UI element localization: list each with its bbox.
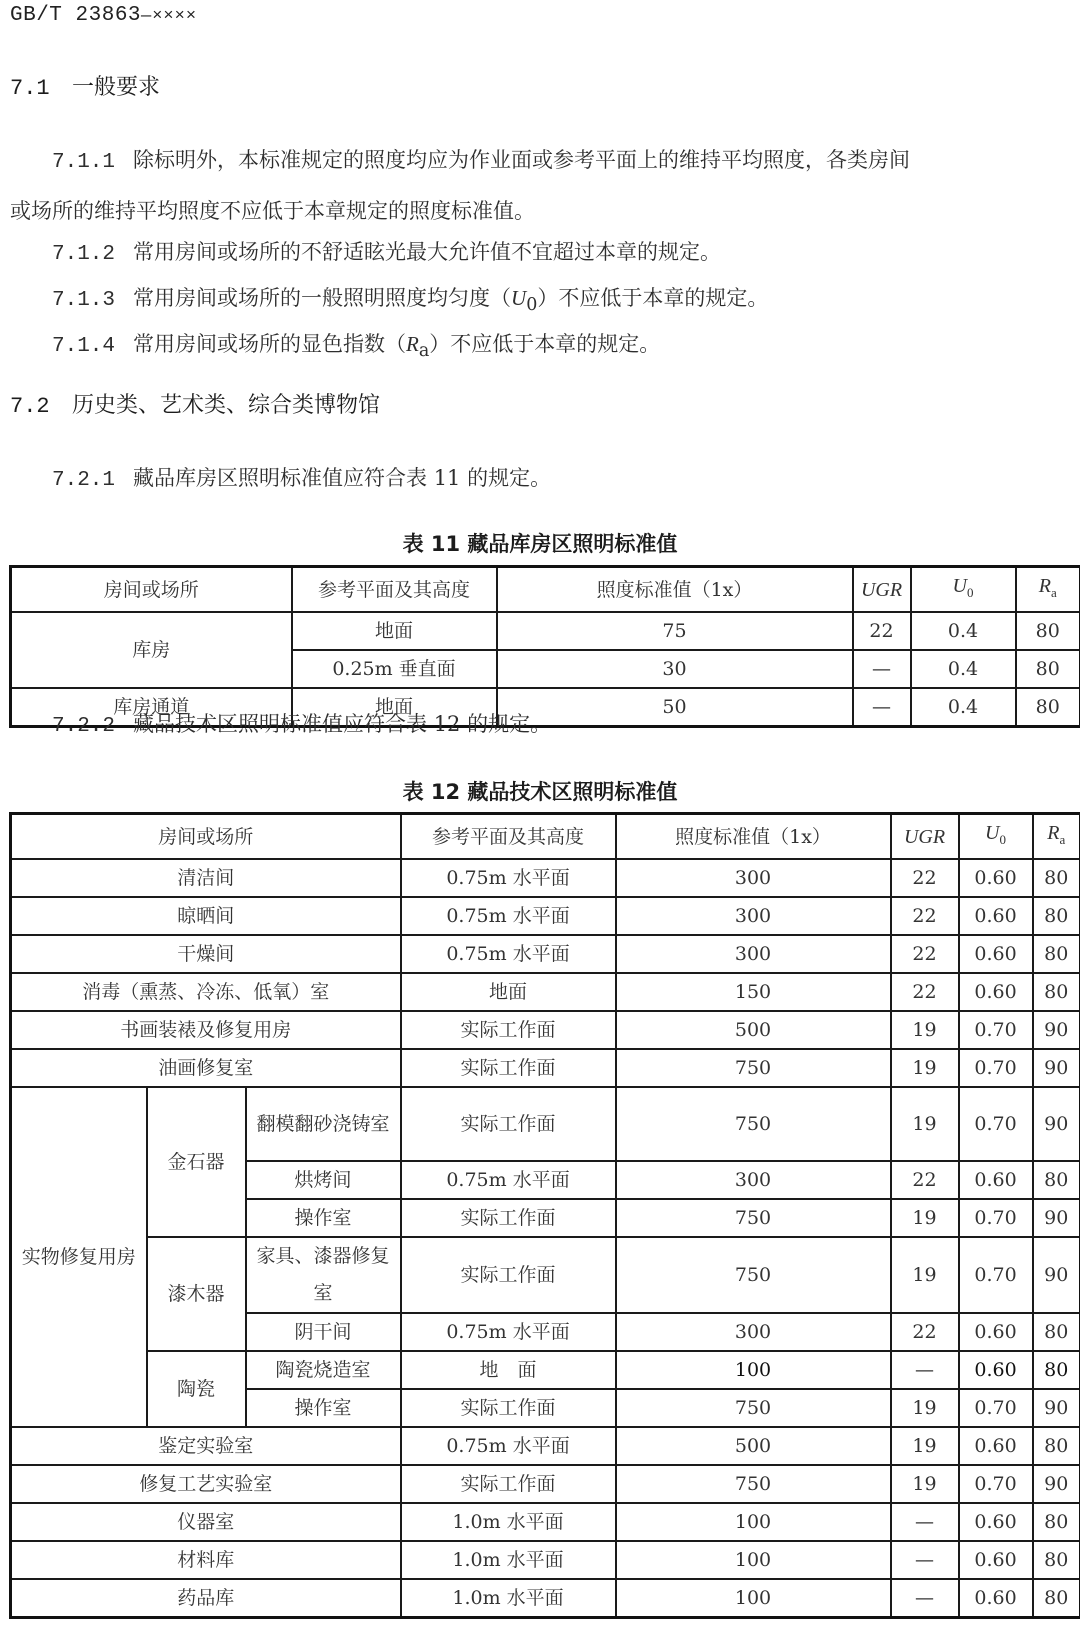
cell-plane: 0.75m 水平面 (401, 1313, 616, 1351)
clause-7-1-4: 7.1.4常用房间或场所的显色指数（Ra）不应低于本章的规定。 (10, 320, 1070, 375)
cell-place: 翻模翻砂浇铸室 (246, 1087, 401, 1161)
cell-plane: 实际工作面 (401, 1389, 616, 1427)
cell-ra: 90 (1033, 1465, 1080, 1503)
cell-u0: 0.60 (959, 1579, 1033, 1618)
table-12-caption: 表 12 藏品技术区照明标准值 (0, 776, 1080, 806)
table-row: 晾晒间 0.75m 水平面 300 22 0.60 80 (11, 897, 1080, 935)
cell-ugr: — (891, 1351, 959, 1389)
cell-ugr: — (891, 1579, 959, 1618)
cell-plane: 地面 (292, 612, 497, 650)
cell-ugr: 22 (853, 612, 911, 650)
cell-place: 修复工艺实验室 (11, 1465, 401, 1503)
cell-place: 晾晒间 (11, 897, 401, 935)
symbol-subscript: 0 (967, 585, 974, 600)
table-row: 消毒（熏蒸、冷冻、低氧）室 地面 150 22 0.60 80 (11, 973, 1080, 1011)
cell-subgroup: 陶瓷 (147, 1351, 246, 1427)
cell-place: 操作室 (246, 1389, 401, 1427)
cell-ra: 90 (1033, 1049, 1080, 1087)
cell-lux: 750 (616, 1199, 891, 1237)
cell-plane: 实际工作面 (401, 1199, 616, 1237)
cell-lux: 750 (616, 1049, 891, 1087)
cell-lux: 100 (616, 1541, 891, 1579)
cell-plane: 实际工作面 (401, 1237, 616, 1313)
cell-plane: 实际工作面 (401, 1465, 616, 1503)
cell-ra: 90 (1033, 1237, 1080, 1313)
section-number: 7.1 (10, 76, 72, 101)
table-row: 书画装裱及修复用房 实际工作面 500 19 0.70 90 (11, 1011, 1080, 1049)
cell-plane: 0.75m 水平面 (401, 935, 616, 973)
table-row: 干燥间 0.75m 水平面 300 22 0.60 80 (11, 935, 1080, 973)
table-header-row: 房间或场所 参考平面及其高度 照度标准值（1x） UGR U0 Ra (11, 814, 1080, 860)
col-header-plane: 参考平面及其高度 (292, 567, 497, 613)
cell-u0: 0.60 (959, 859, 1033, 897)
cell-ugr: 22 (891, 973, 959, 1011)
table-row: 陶瓷 陶瓷烧造室 地 面 100 — 0.60 80 (11, 1351, 1080, 1389)
cell-ugr: — (891, 1541, 959, 1579)
cell-ugr: 22 (891, 1313, 959, 1351)
cell-lux: 750 (616, 1237, 891, 1313)
cell-ra: 90 (1033, 1087, 1080, 1161)
cell-u0: 0.60 (959, 1161, 1033, 1199)
cell-plane: 0.25m 垂直面 (292, 650, 497, 688)
col-header-lux: 照度标准值（1x） (616, 814, 891, 860)
col-header-place: 房间或场所 (11, 814, 401, 860)
table-row: 油画修复室 实际工作面 750 19 0.70 90 (11, 1049, 1080, 1087)
symbol: U (953, 575, 967, 597)
cell-lux: 75 (497, 612, 853, 650)
symbol-subscript: a (1059, 832, 1065, 847)
table-row: 仪器室 1.0m 水平面 100 — 0.60 80 (11, 1503, 1080, 1541)
col-header-plane: 参考平面及其高度 (401, 814, 616, 860)
table-row: 清洁间 0.75m 水平面 300 22 0.60 80 (11, 859, 1080, 897)
cell-plane: 实际工作面 (401, 1049, 616, 1087)
table-row: 实物修复用房 金石器 翻模翻砂浇铸室 实际工作面 750 19 0.70 90 (11, 1087, 1080, 1161)
cell-place: 烘烤间 (246, 1161, 401, 1199)
cell-ra: 90 (1033, 1199, 1080, 1237)
col-header-lux: 照度标准值（1x） (497, 567, 853, 613)
cell-lux: 300 (616, 935, 891, 973)
cell-ugr: 22 (891, 1161, 959, 1199)
cell-u0: 0.70 (959, 1465, 1033, 1503)
standard-year-placeholder: —×××× (141, 7, 197, 26)
section-heading-7-1: 7.1一般要求 (10, 70, 160, 101)
cell-ugr: 22 (891, 897, 959, 935)
cell-u0: 0.60 (959, 897, 1033, 935)
symbol-subscript: 0 (526, 295, 537, 315)
cell-lux: 750 (616, 1465, 891, 1503)
cell-ugr: 19 (891, 1427, 959, 1465)
cell-lux: 100 (616, 1503, 891, 1541)
clause-7-1-2: 7.1.2常用房间或场所的不舒适眩光最大允许值不宜超过本章的规定。 (10, 228, 1070, 279)
col-header-ra: Ra (1033, 814, 1080, 860)
symbol-subscript: 0 (999, 832, 1006, 847)
cell-u0: 0.60 (959, 973, 1033, 1011)
cell-ra: 80 (1033, 1503, 1080, 1541)
clause-7-1-1: 7.1.1除标明外，本标准规定的照度均应为作业面或参考平面上的维持平均照度，各类… (10, 136, 1070, 235)
cell-u0: 0.60 (959, 935, 1033, 973)
cell-u0: 0.70 (959, 1087, 1033, 1161)
clause-text: 常用房间或场所的不舒适眩光最大允许值不宜超过本章的规定。 (133, 240, 721, 264)
cell-plane: 1.0m 水平面 (401, 1503, 616, 1541)
cell-lux: 300 (616, 859, 891, 897)
table-row: 库房 地面 75 22 0.4 80 (11, 612, 1080, 650)
cell-lux: 30 (497, 650, 853, 688)
cell-u0: 0.70 (959, 1199, 1033, 1237)
clause-number: 7.1.1 (52, 151, 115, 174)
cell-place: 药品库 (11, 1579, 401, 1618)
table-row: 药品库 1.0m 水平面 100 — 0.60 80 (11, 1579, 1080, 1618)
section-title: 历史类、艺术类、综合类博物馆 (72, 393, 380, 418)
cell-ra: 80 (1033, 897, 1080, 935)
cell-ra: 90 (1033, 1011, 1080, 1049)
cell-lux: 300 (616, 897, 891, 935)
cell-u0: 0.4 (911, 650, 1016, 688)
table-row: 漆木器 家具、漆器修复室 实际工作面 750 19 0.70 90 (11, 1237, 1080, 1313)
cell-ugr: 19 (891, 1465, 959, 1503)
cell-ugr: 19 (891, 1087, 959, 1161)
cell-lux: 500 (616, 1011, 891, 1049)
symbol: U (511, 286, 526, 310)
section-number: 7.2 (10, 394, 72, 419)
cell-place: 操作室 (246, 1199, 401, 1237)
cell-ra: 80 (1033, 973, 1080, 1011)
cell-u0: 0.60 (959, 1313, 1033, 1351)
col-header-ra: Ra (1016, 567, 1080, 613)
cell-u0: 0.70 (959, 1237, 1033, 1313)
clause-text: 常用房间或场所的显色指数（ (133, 332, 406, 356)
clause-text: 常用房间或场所的一般照明照度均匀度（ (133, 286, 511, 310)
cell-ra: 80 (1016, 650, 1080, 688)
cell-place: 阴干间 (246, 1313, 401, 1351)
cell-ugr: 22 (891, 859, 959, 897)
col-header-u0: U0 (959, 814, 1033, 860)
cell-plane: 实际工作面 (401, 1011, 616, 1049)
cell-ugr: — (853, 650, 911, 688)
symbol: R (1039, 575, 1051, 597)
cell-ugr: 19 (891, 1237, 959, 1313)
cell-place: 消毒（熏蒸、冷冻、低氧）室 (11, 973, 401, 1011)
cell-u0: 0.4 (911, 612, 1016, 650)
cell-ugr: 22 (891, 935, 959, 973)
table-row: 修复工艺实验室 实际工作面 750 19 0.70 90 (11, 1465, 1080, 1503)
cell-ra: 80 (1033, 1351, 1080, 1389)
symbol: R (406, 332, 419, 356)
cell-group: 实物修复用房 (11, 1087, 147, 1427)
cell-plane: 0.75m 水平面 (401, 859, 616, 897)
col-header-place: 房间或场所 (11, 567, 292, 613)
document-header: GB/T 23863—×××× (10, 4, 197, 27)
col-header-u0: U0 (911, 567, 1016, 613)
clause-number: 7.1.4 (52, 335, 115, 358)
symbol-subscript: a (1051, 585, 1057, 600)
cell-ugr: 19 (891, 1011, 959, 1049)
cell-plane: 0.75m 水平面 (401, 1161, 616, 1199)
clause-text-post: ）不应低于本章的规定。 (537, 286, 768, 310)
symbol: U (985, 822, 999, 844)
cell-lux: 300 (616, 1313, 891, 1351)
cell-u0: 0.70 (959, 1049, 1033, 1087)
clause-text: 除标明外，本标准规定的照度均应为作业面或参考平面上的维持平均照度，各类房间 (133, 148, 910, 172)
cell-plane: 0.75m 水平面 (401, 1427, 616, 1465)
clause-number: 7.2.1 (52, 469, 115, 492)
cell-ra: 80 (1016, 612, 1080, 650)
cell-subgroup: 漆木器 (147, 1237, 246, 1351)
cell-ugr: 19 (891, 1389, 959, 1427)
symbol: R (1047, 822, 1059, 844)
cell-lux: 300 (616, 1161, 891, 1199)
cell-place: 家具、漆器修复室 (246, 1237, 401, 1313)
cell-ra: 80 (1033, 1427, 1080, 1465)
cell-lux: 100 (616, 1351, 891, 1389)
cell-ugr: 19 (891, 1199, 959, 1237)
clause-number: 7.1.2 (52, 243, 115, 266)
cell-lux: 500 (616, 1427, 891, 1465)
section-title: 一般要求 (72, 75, 160, 100)
cell-u0: 0.70 (959, 1389, 1033, 1427)
cell-plane: 0.75m 水平面 (401, 897, 616, 935)
cell-plane: 实际工作面 (401, 1087, 616, 1161)
cell-place: 陶瓷烧造室 (246, 1351, 401, 1389)
clause-text-post: ）不应低于本章的规定。 (429, 332, 660, 356)
cell-ra: 80 (1033, 1579, 1080, 1618)
section-heading-7-2: 7.2历史类、艺术类、综合类博物馆 (10, 388, 380, 419)
cell-ra: 80 (1033, 1541, 1080, 1579)
clause-text: 藏品技术区照明标准值应符合表 12 的规定。 (133, 712, 551, 736)
cell-u0: 0.60 (959, 1541, 1033, 1579)
cell-lux: 100 (616, 1579, 891, 1618)
cell-u0: 0.70 (959, 1011, 1033, 1049)
clause-number: 7.2.2 (52, 715, 115, 738)
symbol-subscript: a (419, 341, 429, 361)
clause-text-cont: 或场所的维持平均照度不应低于本章规定的照度标准值。 (10, 199, 535, 223)
cell-ra: 80 (1033, 1313, 1080, 1351)
cell-place: 仪器室 (11, 1503, 401, 1541)
cell-ra: 80 (1033, 859, 1080, 897)
cell-place: 鉴定实验室 (11, 1427, 401, 1465)
table-header-row: 房间或场所 参考平面及其高度 照度标准值（1x） UGR U0 Ra (11, 567, 1080, 613)
cell-lux: 750 (616, 1087, 891, 1161)
cell-lux: 150 (616, 973, 891, 1011)
clause-7-2-1: 7.2.1藏品库房区照明标准值应符合表 11 的规定。 (10, 454, 1070, 505)
col-header-ugr: UGR (853, 567, 911, 613)
cell-place: 清洁间 (11, 859, 401, 897)
standard-number: GB/T 23863 (10, 4, 141, 27)
cell-place: 书画装裱及修复用房 (11, 1011, 401, 1049)
cell-place: 干燥间 (11, 935, 401, 973)
cell-subgroup: 金石器 (147, 1087, 246, 1237)
cell-place: 库房 (11, 612, 292, 688)
table-12: 房间或场所 参考平面及其高度 照度标准值（1x） UGR U0 Ra 清洁间 0… (9, 812, 1080, 1619)
cell-u0: 0.60 (959, 1427, 1033, 1465)
cell-place: 油画修复室 (11, 1049, 401, 1087)
clause-text: 藏品库房区照明标准值应符合表 11 的规定。 (133, 466, 551, 490)
cell-plane: 地面 (401, 973, 616, 1011)
clause-7-2-2: 7.2.2藏品技术区照明标准值应符合表 12 的规定。 (10, 700, 1070, 751)
cell-plane: 地 面 (401, 1351, 616, 1389)
cell-u0: 0.60 (959, 1351, 1033, 1389)
clause-number: 7.1.3 (52, 289, 115, 312)
table-row: 鉴定实验室 0.75m 水平面 500 19 0.60 80 (11, 1427, 1080, 1465)
cell-place: 材料库 (11, 1541, 401, 1579)
cell-ra: 90 (1033, 1389, 1080, 1427)
cell-ugr: 19 (891, 1049, 959, 1087)
cell-u0: 0.60 (959, 1503, 1033, 1541)
table-11-caption: 表 11 藏品库房区照明标准值 (0, 528, 1080, 558)
cell-lux: 750 (616, 1389, 891, 1427)
cell-ra: 80 (1033, 935, 1080, 973)
table-row: 材料库 1.0m 水平面 100 — 0.60 80 (11, 1541, 1080, 1579)
cell-plane: 1.0m 水平面 (401, 1541, 616, 1579)
col-header-ugr: UGR (891, 814, 959, 860)
cell-plane: 1.0m 水平面 (401, 1579, 616, 1618)
cell-ugr: — (891, 1503, 959, 1541)
cell-ra: 80 (1033, 1161, 1080, 1199)
